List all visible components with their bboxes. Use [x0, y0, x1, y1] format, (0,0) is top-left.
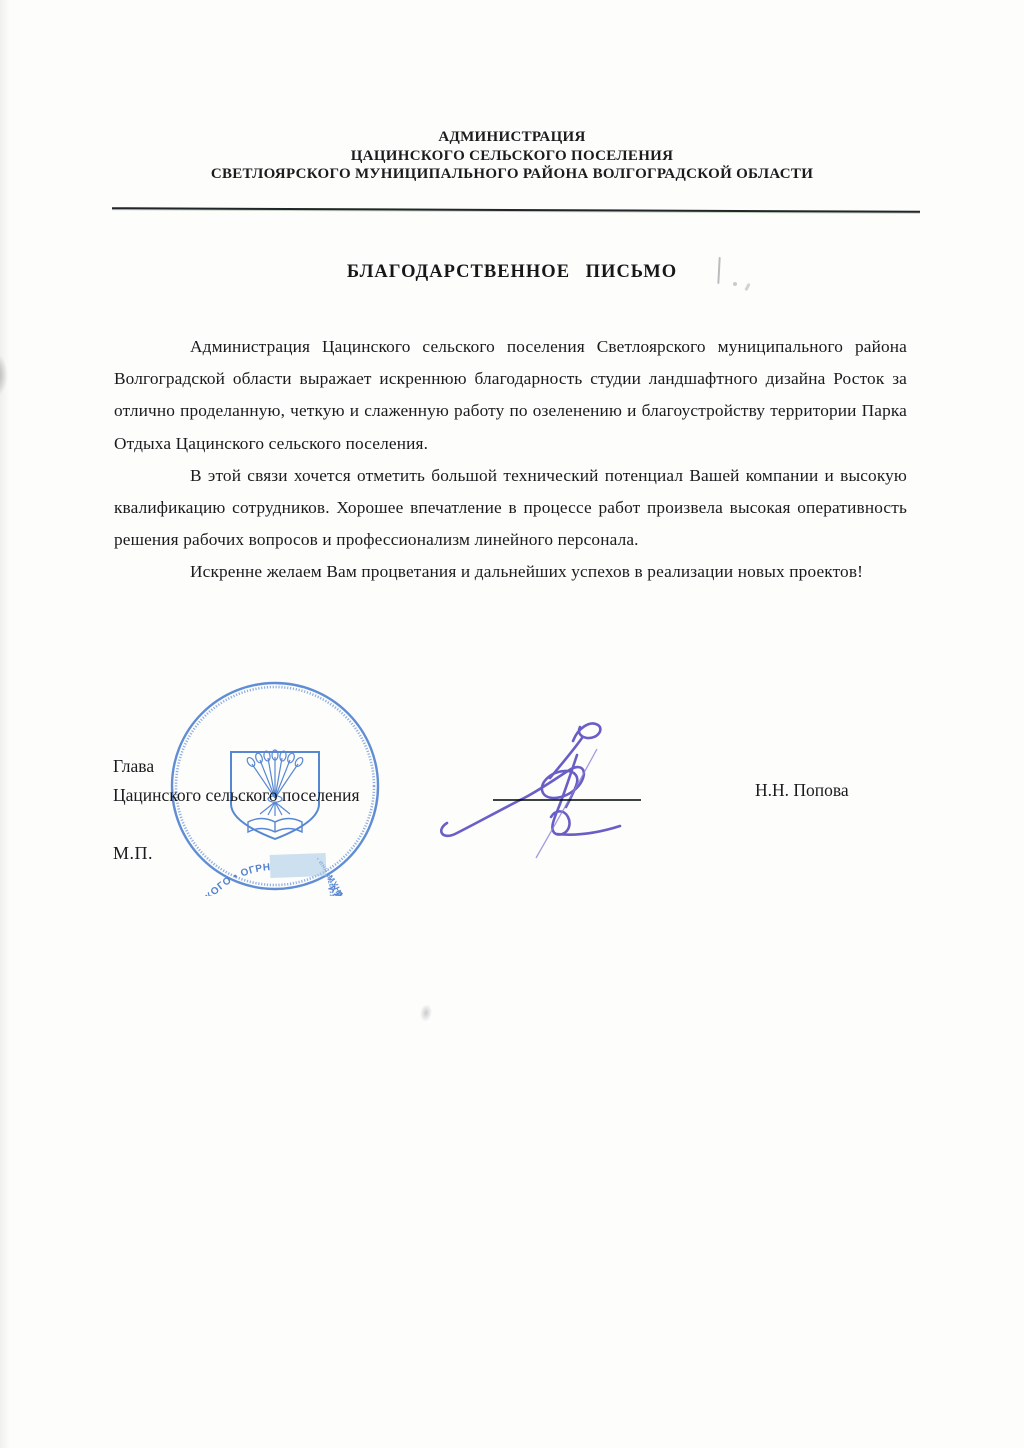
scan-edge-shadow	[0, 0, 10, 1448]
pencil-artifact	[716, 255, 762, 291]
official-round-stamp: АДМИНИСТРАЦИЯ ЦАЦИНСКОГО СЕЛЬСКОГО ПОСЕЛ…	[164, 676, 386, 896]
letterhead-line-1: АДМИНИСТРАЦИЯ	[0, 128, 1024, 147]
stamp-ink-blot	[270, 853, 327, 878]
scan-smudge-left	[0, 352, 8, 398]
letterhead-divider-line	[112, 207, 920, 213]
stamp-outer-ring-text: АДМИНИСТРАЦИЯ ЦАЦИНСКОГО СЕЛЬСКОГО ПОСЕЛ…	[164, 676, 367, 896]
pencil-stroke-mark	[717, 257, 720, 284]
letterhead-line-3: СВЕТЛОЯРСКОГО МУНИЦИПАЛЬНОГО РАЙОНА ВОЛГ…	[0, 165, 1024, 184]
paragraph-2: В этой связи хочется отметить большой те…	[114, 460, 907, 557]
paragraph-1: Администрация Цацинского сельского посел…	[114, 331, 907, 460]
letterhead: АДМИНИСТРАЦИЯ ЦАЦИНСКОГО СЕЛЬСКОГО ПОСЕЛ…	[0, 128, 1024, 184]
letterhead-line-2: ЦАЦИНСКОГО СЕЛЬСКОГО ПОСЕЛЕНИЯ	[0, 147, 1024, 166]
stamp-place-abbreviation: М.П.	[113, 843, 153, 864]
letter-body: Администрация Цацинского сельского посел…	[114, 331, 907, 589]
wheat-sheaf-icon	[246, 750, 305, 816]
stamp-seal-graphic: АДМИНИСТРАЦИЯ ЦАЦИНСКОГО СЕЛЬСКОГО ПОСЕЛ…	[164, 676, 386, 896]
signer-name: Н.Н. Попова	[755, 780, 849, 801]
scan-smudge-center	[419, 1003, 434, 1023]
scanned-letter-page: { "letterhead": { "line1": "АДМИНИСТРАЦИ…	[0, 0, 1024, 1448]
pencil-dot-mark	[733, 282, 737, 286]
document-title: БЛАГОДАРСТВЕННОЕ ПИСЬМО	[0, 262, 1024, 283]
paragraph-3: Искренне желаем Вам процветания и дальне…	[114, 556, 907, 588]
pencil-comma-mark	[744, 283, 750, 291]
handwritten-signature	[430, 708, 662, 870]
signature-ink-graphic	[430, 708, 662, 870]
